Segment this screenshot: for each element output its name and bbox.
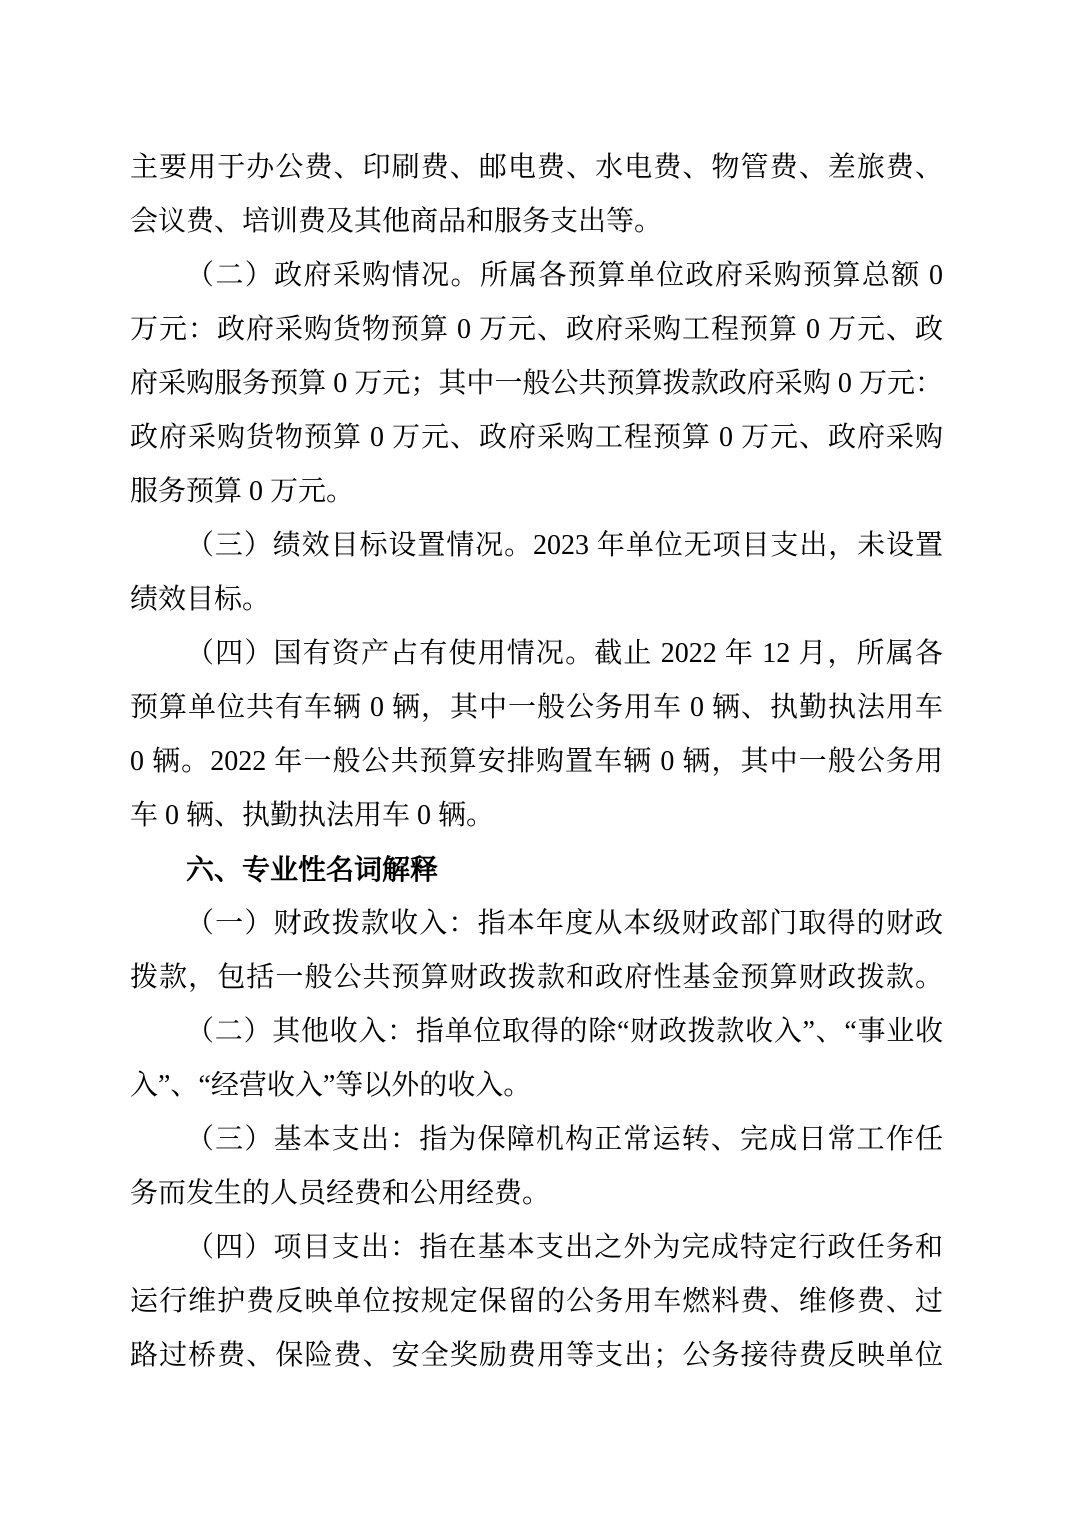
text-line: 拨款，包括一般公共预算财政拨款和政府性基金预算财政拨款。 — [130, 951, 943, 1005]
text-line: （四）项目支出：指在基本支出之外为完成特定行政任务和 — [130, 1221, 943, 1275]
text-line: 路过桥费、保险费、安全奖励费用等支出；公务接待费反映单位 — [130, 1329, 943, 1383]
text-line: （二）政府采购情况。所属各预算单位政府采购预算总额 0 — [130, 249, 943, 303]
text-line: （四）国有资产占有使用情况。截止 2022 年 12 月，所属各 — [130, 627, 943, 681]
text-line: 0 辆。2022 年一般公共预算安排购置车辆 0 辆，其中一般公务用 — [130, 735, 943, 789]
text-line: 会议费、培训费及其他商品和服务支出等。 — [130, 195, 943, 249]
text-line: 入”、“经营收入”等以外的收入。 — [130, 1059, 943, 1113]
section-heading: 六、专业性名词解释 — [130, 843, 943, 897]
text-line: 务而发生的人员经费和公用经费。 — [130, 1167, 943, 1221]
text-line: 万元：政府采购货物预算 0 万元、政府采购工程预算 0 万元、政 — [130, 303, 943, 357]
text-line: 运行维护费反映单位按规定保留的公务用车燃料费、维修费、过 — [130, 1275, 943, 1329]
text-line: 绩效目标。 — [130, 573, 943, 627]
text-line: 主要用于办公费、印刷费、邮电费、水电费、物管费、差旅费、 — [130, 141, 943, 195]
document-page: 主要用于办公费、印刷费、邮电费、水电费、物管费、差旅费、会议费、培训费及其他商品… — [0, 0, 1074, 1520]
text-line: 府采购服务预算 0 万元；其中一般公共预算拨款政府采购 0 万元： — [130, 357, 943, 411]
text-line: （一）财政拨款收入：指本年度从本级财政部门取得的财政 — [130, 897, 943, 951]
text-line: 政府采购货物预算 0 万元、政府采购工程预算 0 万元、政府采购 — [130, 411, 943, 465]
document-text: 主要用于办公费、印刷费、邮电费、水电费、物管费、差旅费、会议费、培训费及其他商品… — [130, 141, 943, 1383]
text-line: 车 0 辆、执勤执法用车 0 辆。 — [130, 789, 943, 843]
text-line: 服务预算 0 万元。 — [130, 465, 943, 519]
text-line: 预算单位共有车辆 0 辆，其中一般公务用车 0 辆、执勤执法用车 — [130, 681, 943, 735]
text-line: （三）基本支出：指为保障机构正常运转、完成日常工作任 — [130, 1113, 943, 1167]
text-line: （二）其他收入：指单位取得的除“财政拨款收入”、“事业收 — [130, 1005, 943, 1059]
text-line: （三）绩效目标设置情况。2023 年单位无项目支出，未设置 — [130, 519, 943, 573]
